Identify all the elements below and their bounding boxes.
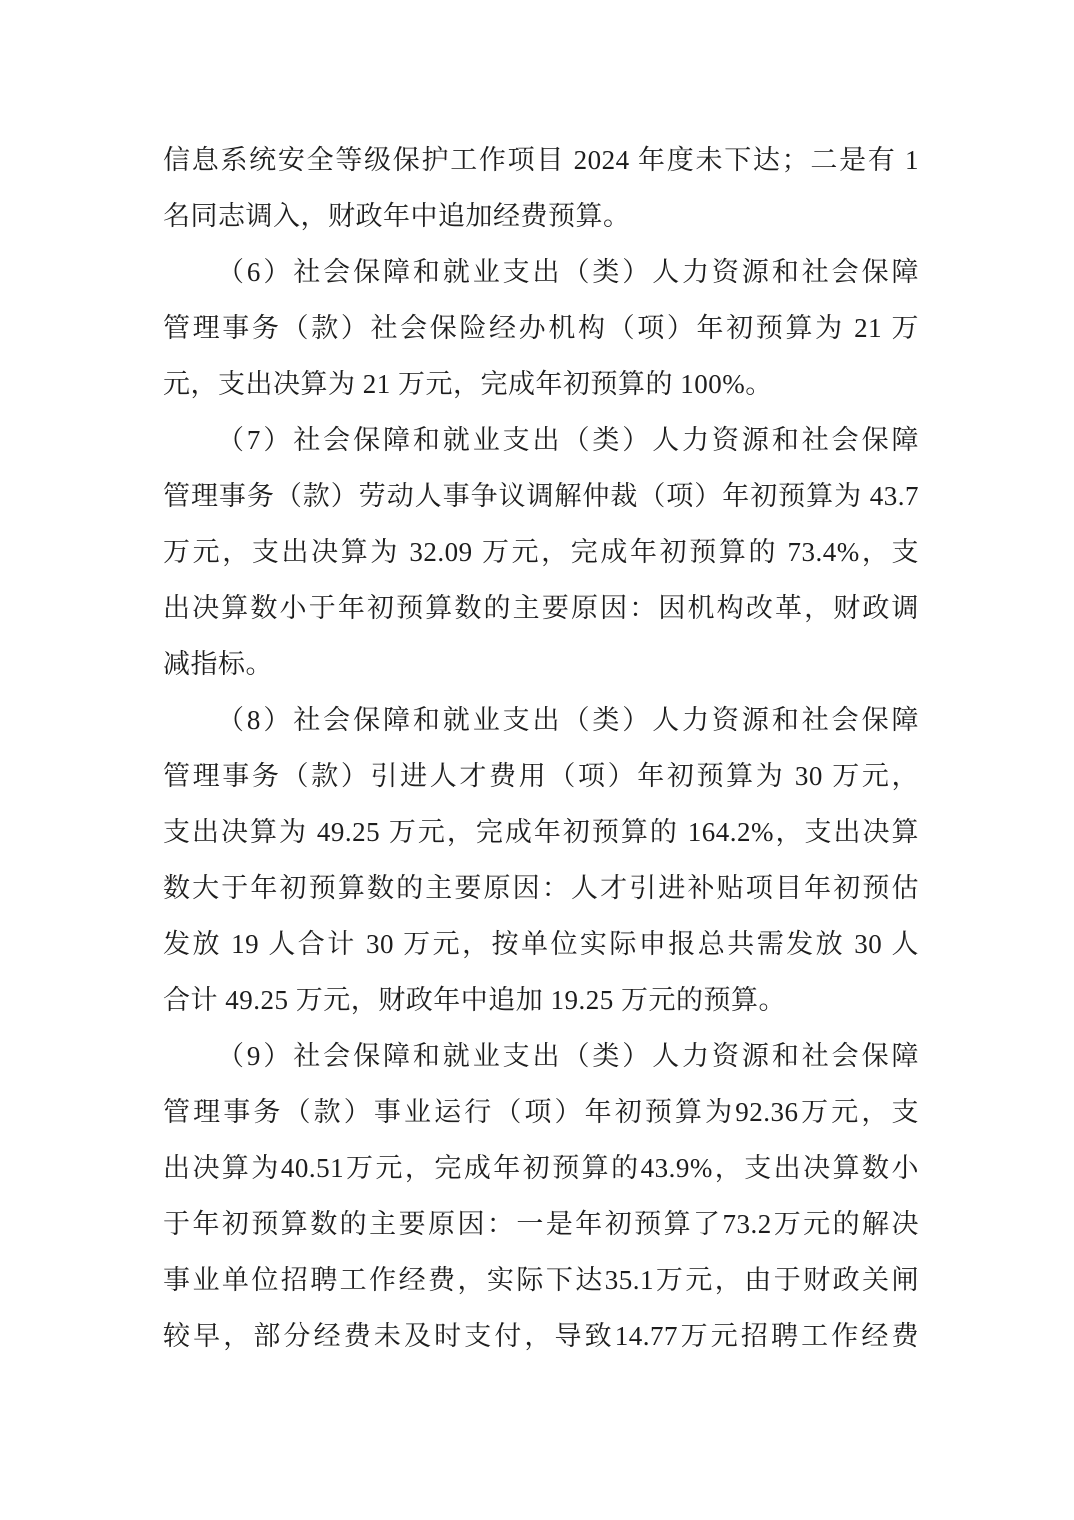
text-line-4: 管理事务（款）社会保险经办机构（项）年初预算为 21 万 (163, 300, 919, 356)
text-line-5: 元，支出决算为 21 万元，完成年初预算的 100%。 (163, 356, 919, 412)
text-line-15: 发放 19 人合计 30 万元，按单位实际申报总共需发放 30 人 (163, 916, 919, 972)
text-line-6: （7）社会保障和就业支出（类）人力资源和社会保障 (163, 412, 919, 468)
text-line-12: 管理事务（款）引进人才费用（项）年初预算为 30 万元， (163, 748, 919, 804)
paragraph-item-9: （9）社会保障和就业支出（类）人力资源和社会保障 管理事务（款）事业运行（项）年… (163, 1028, 919, 1364)
text-line-16: 合计 49.25 万元，财政年中追加 19.25 万元的预算。 (163, 972, 919, 1028)
text-line-18: 管理事务（款）事业运行（项）年初预算为92.36万元，支 (163, 1084, 919, 1140)
paragraph-item-7: （7）社会保障和就业支出（类）人力资源和社会保障 管理事务（款）劳动人事争议调解… (163, 412, 919, 692)
text-line-20: 于年初预算数的主要原因：一是年初预算了73.2万元的解决 (163, 1196, 919, 1252)
text-line-7: 管理事务（款）劳动人事争议调解仲裁（项）年初预算为 43.7 (163, 468, 919, 524)
text-line-8: 万元，支出决算为 32.09 万元，完成年初预算的 73.4%，支 (163, 524, 919, 580)
paragraph-item-8: （8）社会保障和就业支出（类）人力资源和社会保障 管理事务（款）引进人才费用（项… (163, 692, 919, 1028)
document-body: 信息系统安全等级保护工作项目 2024 年度未下达；二是有 1 名同志调入，财政… (163, 132, 919, 1364)
text-line-14: 数大于年初预算数的主要原因：人才引进补贴项目年初预估 (163, 860, 919, 916)
document-page: 信息系统安全等级保护工作项目 2024 年度未下达；二是有 1 名同志调入，财政… (0, 0, 1074, 1520)
text-line-13: 支出决算为 49.25 万元，完成年初预算的 164.2%，支出决算 (163, 804, 919, 860)
text-line-9: 出决算数小于年初预算数的主要原因：因机构改革，财政调 (163, 580, 919, 636)
paragraph-continuation: 信息系统安全等级保护工作项目 2024 年度未下达；二是有 1 名同志调入，财政… (163, 132, 919, 244)
text-line-1: 信息系统安全等级保护工作项目 2024 年度未下达；二是有 1 (163, 132, 919, 188)
text-line-17: （9）社会保障和就业支出（类）人力资源和社会保障 (163, 1028, 919, 1084)
text-line-3: （6）社会保障和就业支出（类）人力资源和社会保障 (163, 244, 919, 300)
text-line-19: 出决算为40.51万元，完成年初预算的43.9%，支出决算数小 (163, 1140, 919, 1196)
text-line-2: 名同志调入，财政年中追加经费预算。 (163, 188, 919, 244)
text-line-11: （8）社会保障和就业支出（类）人力资源和社会保障 (163, 692, 919, 748)
text-line-21: 事业单位招聘工作经费，实际下达35.1万元，由于财政关闸 (163, 1252, 919, 1308)
text-line-10: 减指标。 (163, 636, 919, 692)
text-line-22: 较早，部分经费未及时支付，导致14.77万元招聘工作经费 (163, 1308, 919, 1364)
paragraph-item-6: （6）社会保障和就业支出（类）人力资源和社会保障 管理事务（款）社会保险经办机构… (163, 244, 919, 412)
